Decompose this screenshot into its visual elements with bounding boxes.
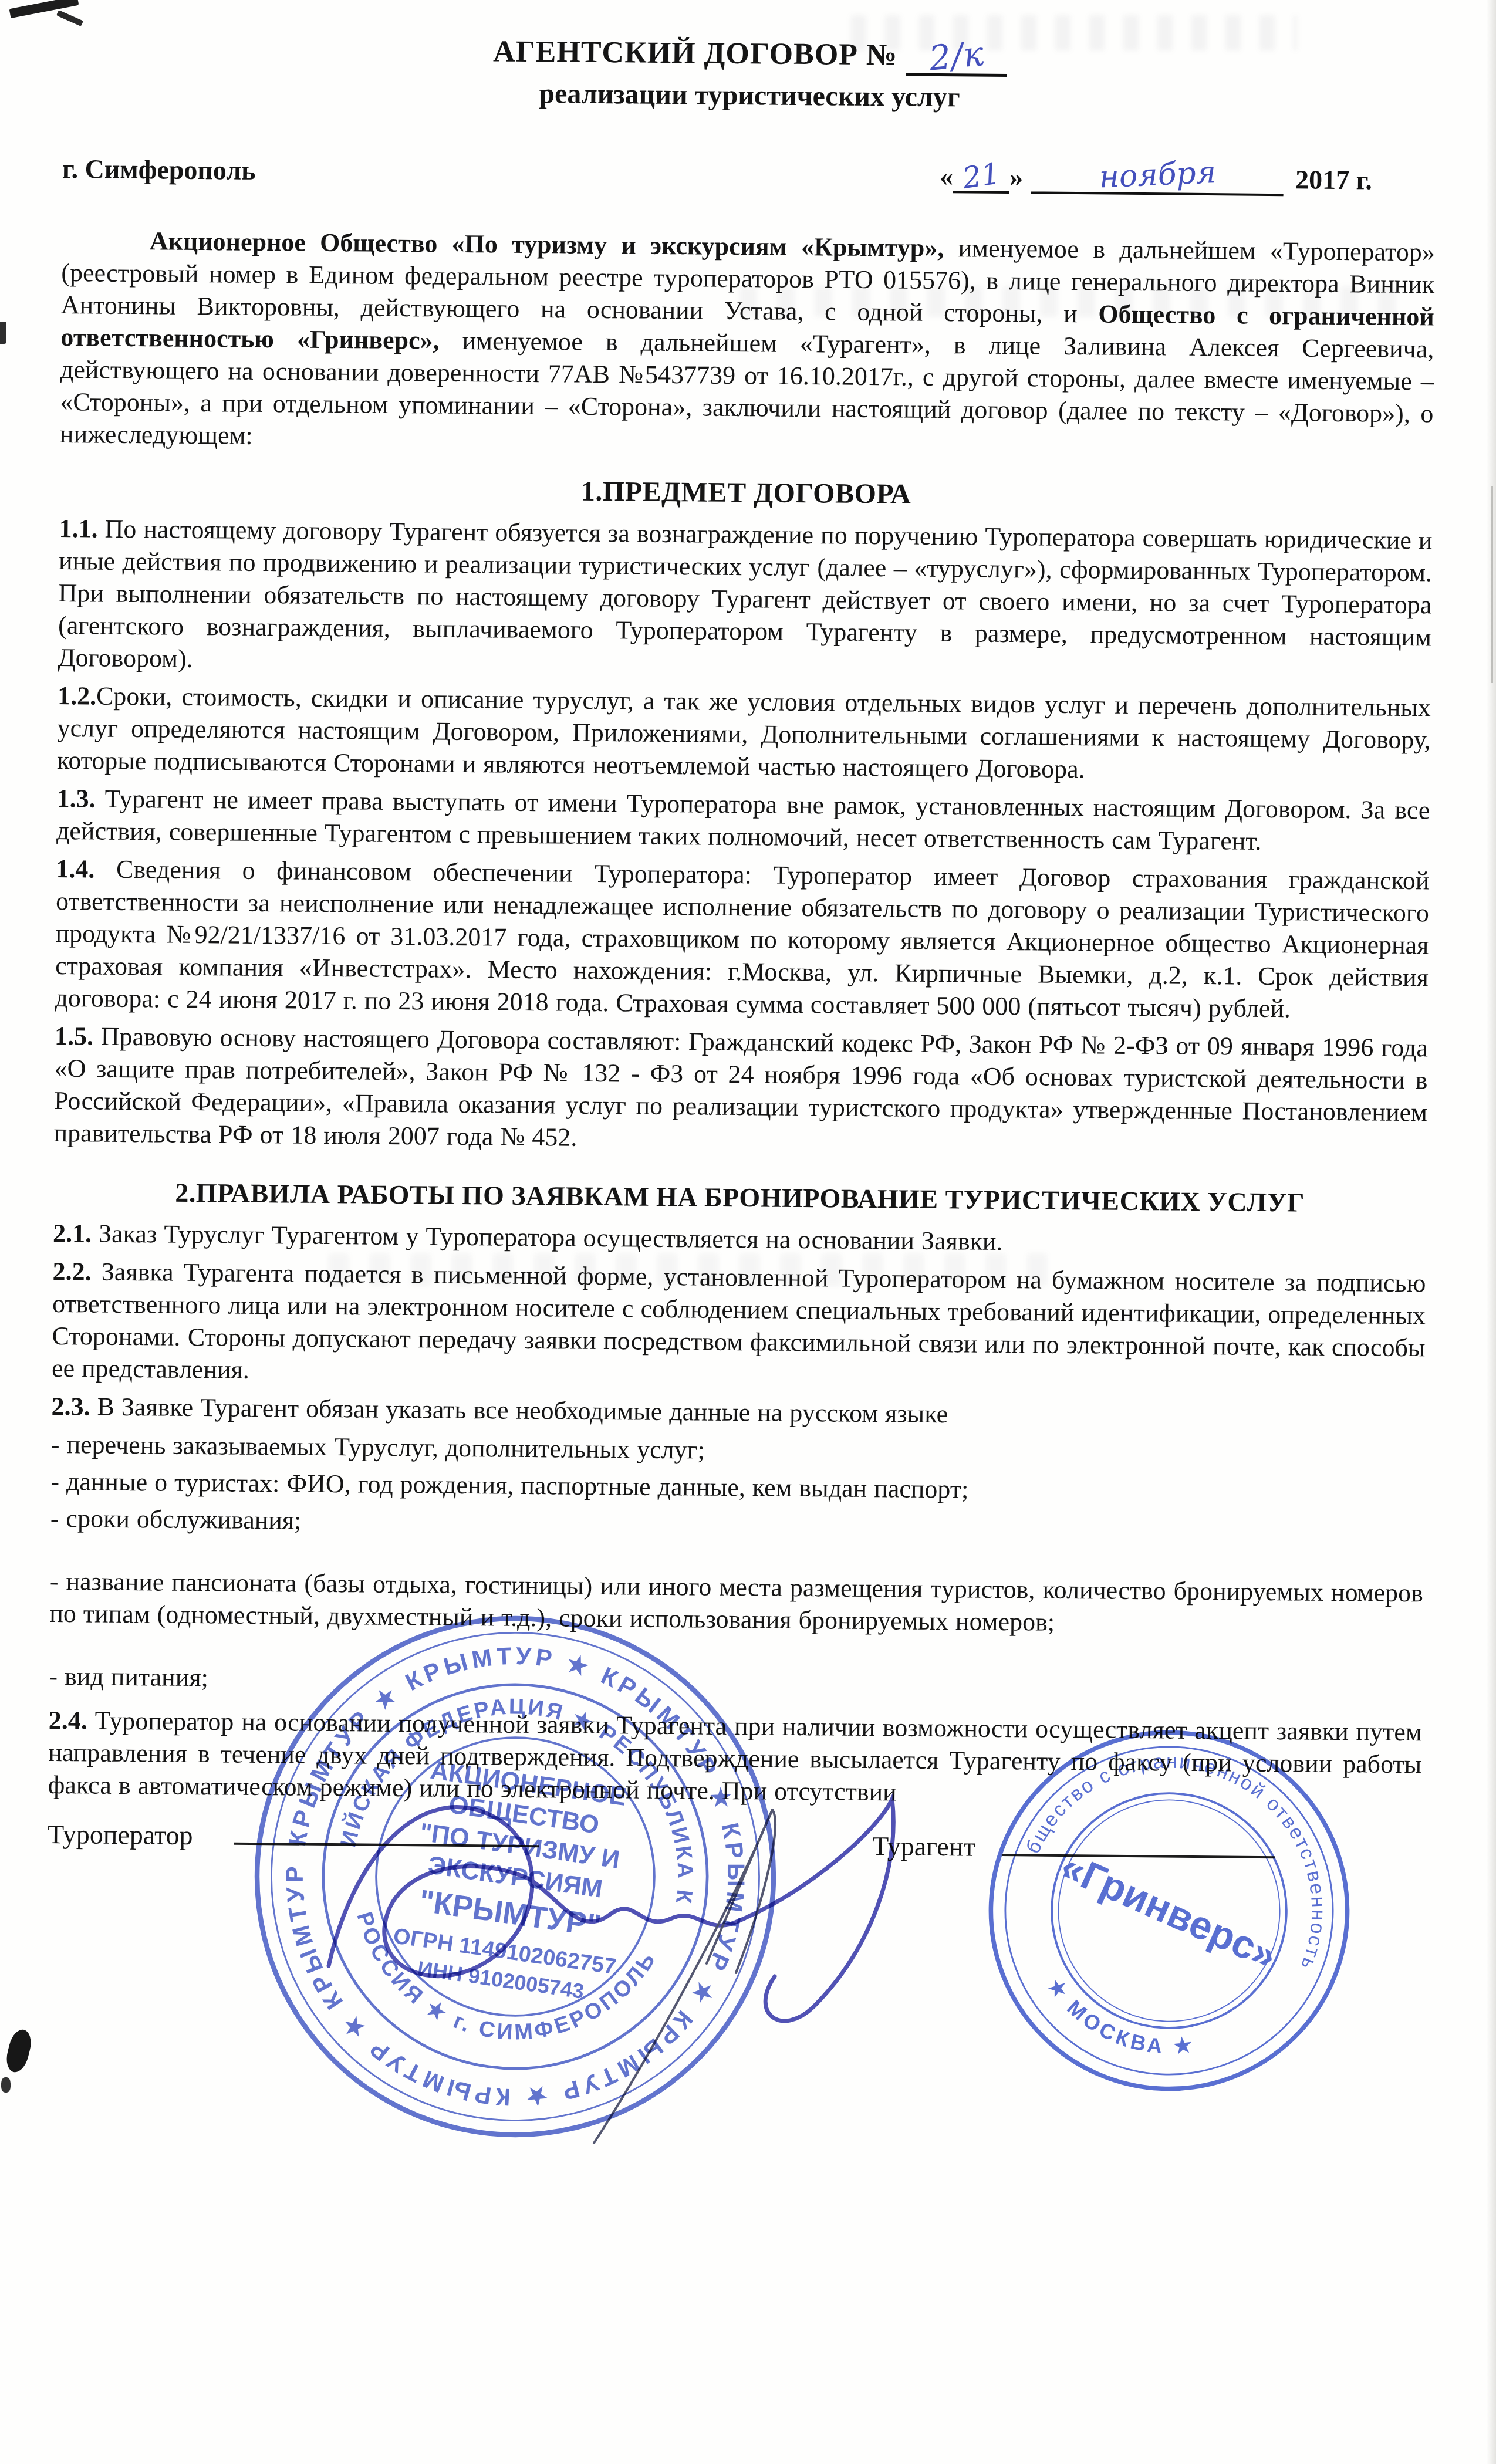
scanned-contract-page: АГЕНТСКИЙ ДОГОВОР № 2/к реализации турис… bbox=[0, 0, 1496, 2464]
signatures-overlay bbox=[0, 0, 1496, 2464]
tour-agent-signature bbox=[594, 1810, 775, 2143]
tour-operator-signature bbox=[329, 1799, 893, 2021]
scan-artifact-edge bbox=[0, 322, 6, 344]
scan-artifact-edge bbox=[1487, 0, 1496, 2464]
scan-artifact-blob bbox=[1, 2077, 11, 2093]
